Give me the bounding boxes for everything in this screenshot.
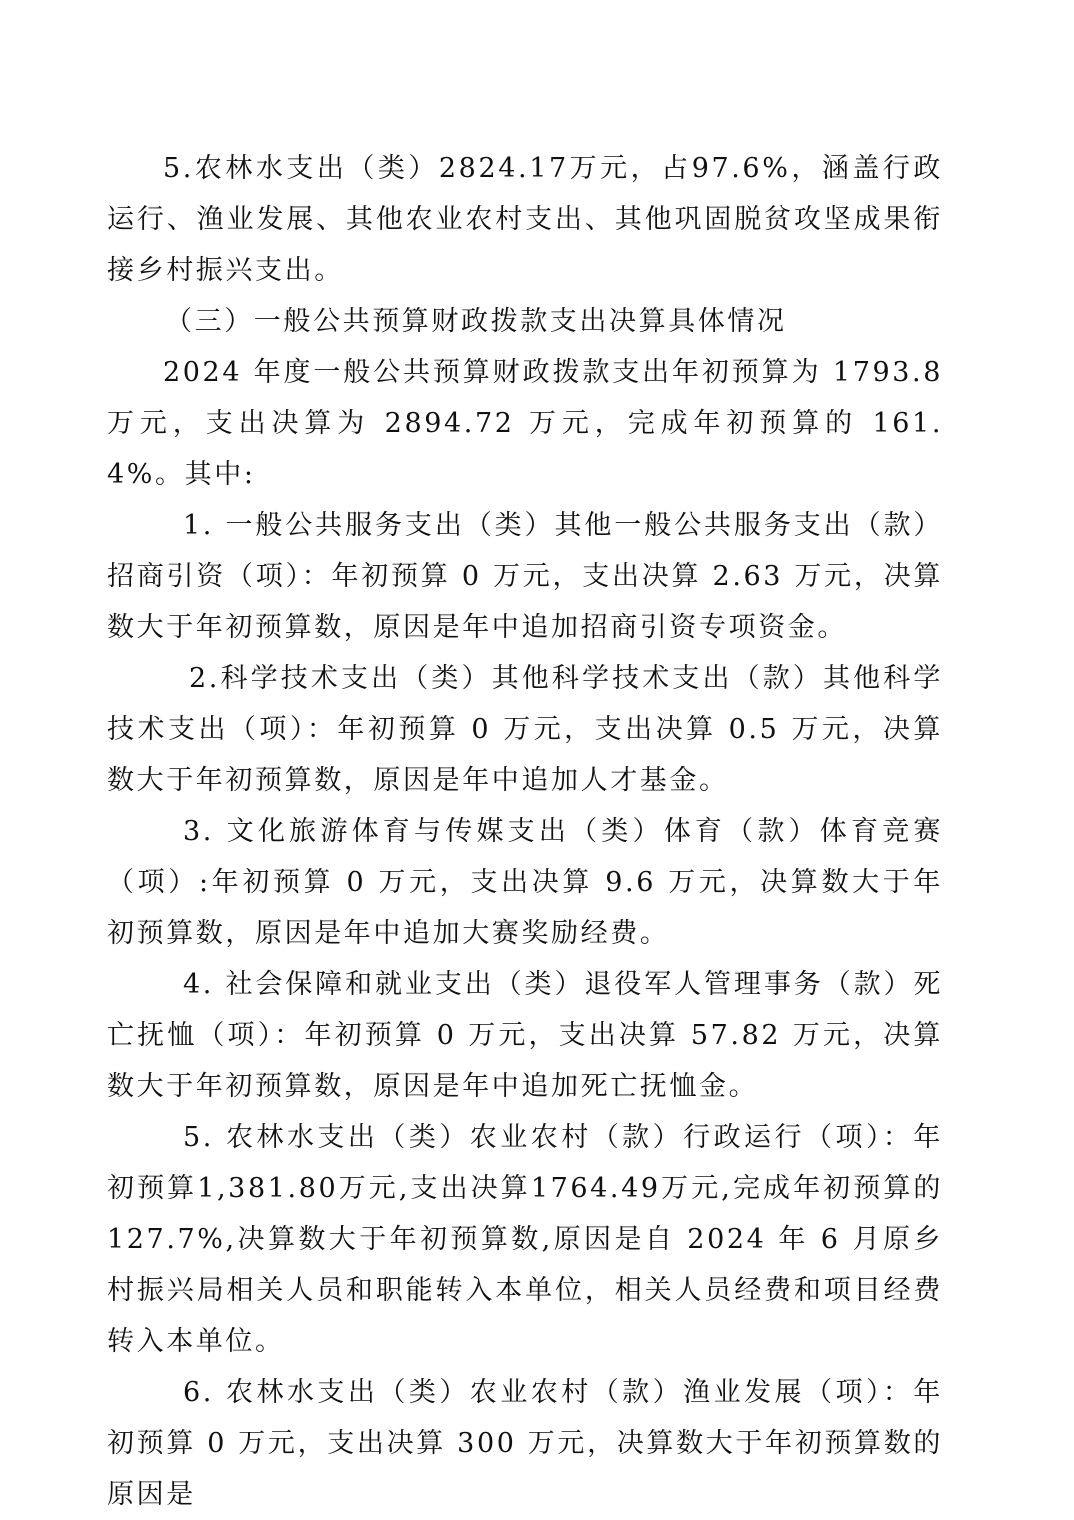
list-item-fishery: 6. 农林水支出（类）农业农村（款）渔业发展（项）：年初预算 0 万元，支出决算… xyxy=(107,1367,943,1520)
section-heading: （三）一般公共预算财政拨款支出决算具体情况 xyxy=(107,296,943,347)
list-item-agri-admin: 5. 农林水支出（类）农业农村（款）行政运行（项）：年初预算1,381.80万元… xyxy=(107,1112,943,1367)
paragraph-overview: 2024 年度一般公共预算财政拨款支出年初预算为 1793.8 万元，支出决算为… xyxy=(107,347,943,500)
list-item-science-technology: 2.科学技术支出（类）其他科学技术支出（款）其他科学技术支出（项）：年初预算 0… xyxy=(107,653,943,806)
list-item-social-security: 4. 社会保障和就业支出（类）退役军人管理事务（款）死亡抚恤（项）：年初预算 0… xyxy=(107,959,943,1112)
document-page: 5.农林水支出（类）2824.17万元，占97.6%，涵盖行政运行、渔业发展、其… xyxy=(107,143,943,1520)
list-item-culture-sports: 3. 文化旅游体育与传媒支出（类）体育（款）体育竞赛（项）:年初预算 0 万元，… xyxy=(107,806,943,959)
list-item-general-public-services: 1. 一般公共服务支出（类）其他一般公共服务支出（款）招商引资（项）：年初预算 … xyxy=(107,500,943,653)
paragraph-agriculture-summary: 5.农林水支出（类）2824.17万元，占97.6%，涵盖行政运行、渔业发展、其… xyxy=(107,143,943,296)
